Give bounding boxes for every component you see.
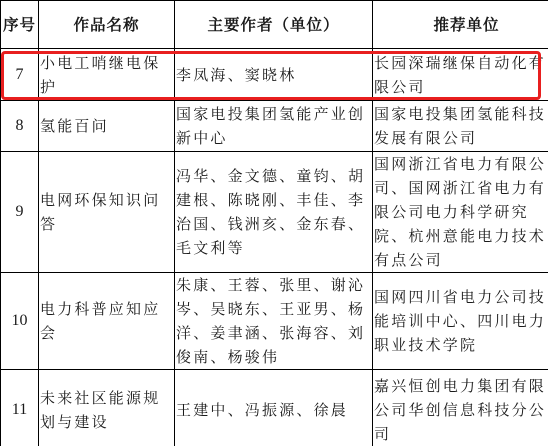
header-authors: 主要作者（单位）	[175, 1, 373, 49]
row-title: 电网环保知识问答	[39, 152, 175, 273]
row-authors: 朱康、王蓉、张里、谢沁岑、吴晓东、王亚男、杨洋、姜聿涵、张海容、刘俊南、杨骏伟	[175, 273, 373, 370]
awards-table: 序号 作品名称 主要作者（单位） 推荐单位 7 小电工哨继电保护 李凤海、窦晓林…	[0, 0, 548, 446]
table-row: 10 电力科普应知应会 朱康、王蓉、张里、谢沁岑、吴晓东、王亚男、杨洋、姜聿涵、…	[1, 273, 548, 370]
row-number: 11	[1, 370, 39, 446]
header-row: 序号 作品名称 主要作者（单位） 推荐单位	[1, 1, 548, 49]
row-title: 氢能百问	[39, 101, 175, 152]
row-title: 未来社区能源规划与建设	[39, 370, 175, 446]
table-row: 11 未来社区能源规划与建设 王建中、冯振源、徐晨 嘉兴恒创电力集团有限公司华创…	[1, 370, 548, 446]
row-number: 7	[1, 49, 39, 101]
header-title: 作品名称	[39, 1, 175, 49]
table-row: 8 氢能百问 国家电投集团氢能产业创新中心 国家电投集团氢能科技发展有限公司	[1, 101, 548, 152]
table-row: 7 小电工哨继电保护 李凤海、窦晓林 长园深瑞继保自动化有限公司	[1, 49, 548, 101]
header-number: 序号	[1, 1, 39, 49]
row-recommender: 国网四川省电力公司技能培训中心、四川电力职业技术学院	[373, 273, 548, 370]
row-authors: 李凤海、窦晓林	[175, 49, 373, 101]
row-number: 10	[1, 273, 39, 370]
row-title: 电力科普应知应会	[39, 273, 175, 370]
row-title: 小电工哨继电保护	[39, 49, 175, 101]
row-recommender: 国网浙江省电力有限公司、国网浙江省电力有限公司电力科学研究院、杭州意能电力技术有…	[373, 152, 548, 273]
row-recommender: 长园深瑞继保自动化有限公司	[373, 49, 548, 101]
row-authors: 冯华、金文德、童钧、胡建根、陈晓刚、丰佳、李治国、钱洲亥、金东春、毛文利等	[175, 152, 373, 273]
row-recommender: 嘉兴恒创电力集团有限公司华创信息科技分公司	[373, 370, 548, 446]
row-authors: 王建中、冯振源、徐晨	[175, 370, 373, 446]
row-recommender: 国家电投集团氢能科技发展有限公司	[373, 101, 548, 152]
header-recommender: 推荐单位	[373, 1, 548, 49]
row-number: 9	[1, 152, 39, 273]
row-authors: 国家电投集团氢能产业创新中心	[175, 101, 373, 152]
row-number: 8	[1, 101, 39, 152]
table-row: 9 电网环保知识问答 冯华、金文德、童钧、胡建根、陈晓刚、丰佳、李治国、钱洲亥、…	[1, 152, 548, 273]
